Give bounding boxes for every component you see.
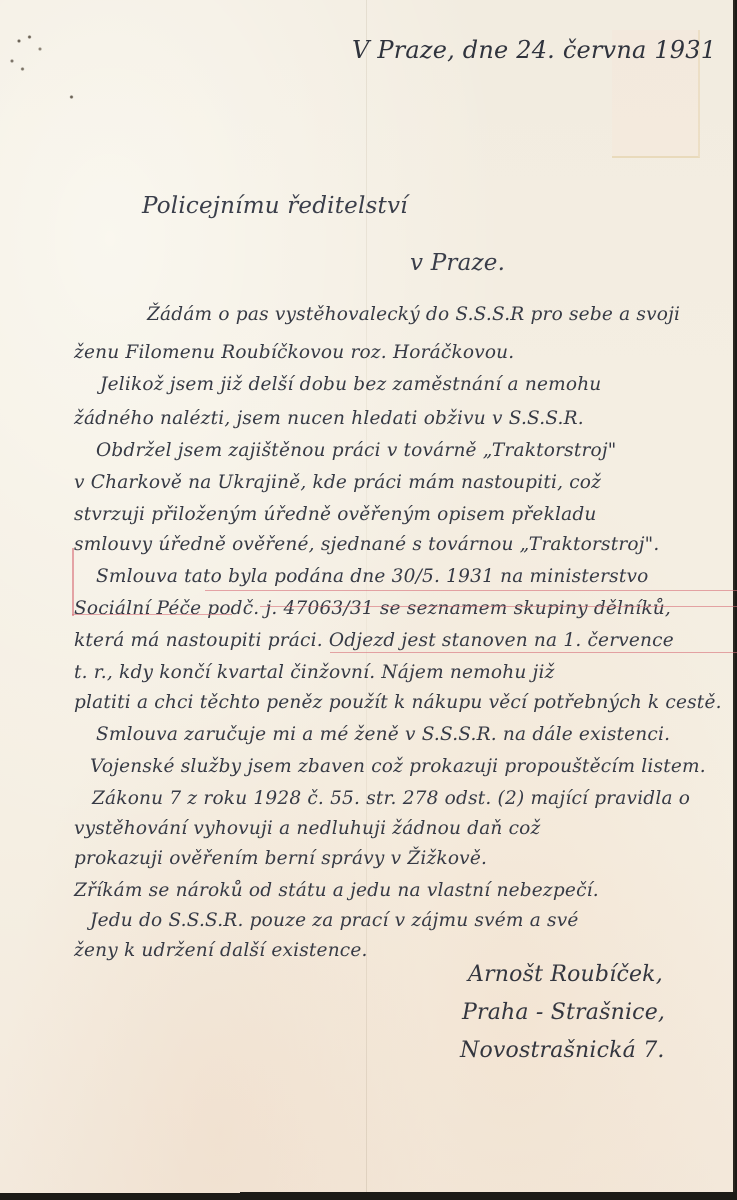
paper-fold bbox=[366, 0, 367, 1193]
body-line-5: Obdržel jsem zajištěnou práci v továrně … bbox=[96, 440, 617, 461]
signature-city: Praha - Strašnice, bbox=[462, 1000, 665, 1025]
ink-spots bbox=[5, 25, 75, 105]
body-line-10: Sociální Péče podč. j. 47063/31 se sezna… bbox=[74, 598, 671, 619]
signature-street: Novostrašnická 7. bbox=[460, 1038, 665, 1063]
letter-sheet: V Praze, dne 24. června 1931 Policejnímu… bbox=[0, 0, 735, 1193]
body-line-14: Smlouva zaručuje mi a mé ženě v S.S.S.R.… bbox=[96, 724, 670, 745]
body-line-4: žádného nalézti, jsem nucen hledati obži… bbox=[74, 408, 584, 429]
body-line-18: prokazuji ověřením berní správy v Žižkov… bbox=[74, 848, 487, 869]
body-line-20: Jedu do S.S.S.R. pouze za prací v zájmu … bbox=[90, 910, 579, 931]
scan-background-edge bbox=[240, 1192, 737, 1200]
red-underline-1 bbox=[205, 590, 737, 591]
body-line-13: platiti a chci těchto peněz použít k nák… bbox=[74, 692, 722, 713]
body-line-7: stvrzuji přiloženým úředně ověřeným opis… bbox=[74, 504, 596, 525]
red-underline-4 bbox=[330, 652, 737, 653]
red-underline-3 bbox=[260, 606, 737, 607]
body-line-21: ženy k udržení další existence. bbox=[74, 940, 368, 961]
addressee-line-1: Policejnímu ředitelství bbox=[142, 193, 408, 219]
date-line: V Praze, dne 24. června 1931 bbox=[352, 36, 716, 64]
body-line-19: Zříkám se nároků od státu a jedu na vlas… bbox=[74, 880, 599, 901]
addressee-line-2: v Praze. bbox=[410, 250, 505, 276]
signature-name: Arnošt Roubíček, bbox=[468, 962, 663, 987]
body-line-16: Zákonu 7 z roku 1928 č. 55. str. 278 ods… bbox=[92, 788, 690, 809]
body-line-15: Vojenské služby jsem zbaven což prokazuj… bbox=[90, 756, 706, 777]
red-margin-mark bbox=[72, 548, 74, 616]
body-line-17: vystěhování vyhovuji a nedluhuji žádnou … bbox=[74, 818, 540, 839]
body-line-9: Smlouva tato byla podána dne 30/5. 1931 … bbox=[96, 566, 648, 587]
red-underline-2 bbox=[72, 614, 232, 615]
body-line-2: ženu Filomenu Roubíčkovou roz. Horáčkovo… bbox=[74, 342, 514, 363]
body-line-6: v Charkově na Ukrajině, kde práci mám na… bbox=[74, 472, 601, 493]
body-line-12: t. r., kdy končí kvartal činžovní. Nájem… bbox=[74, 662, 555, 683]
body-line-3: Jelikož jsem již delší dobu bez zaměstná… bbox=[100, 374, 601, 395]
body-line-11: která má nastoupiti práci. Odjezd jest s… bbox=[74, 630, 674, 651]
body-line-8: smlouvy úředně ověřené, sjednané s továr… bbox=[74, 534, 659, 555]
body-line-1: Žádám o pas vystěhovalecký do S.S.S.R pr… bbox=[147, 304, 680, 325]
